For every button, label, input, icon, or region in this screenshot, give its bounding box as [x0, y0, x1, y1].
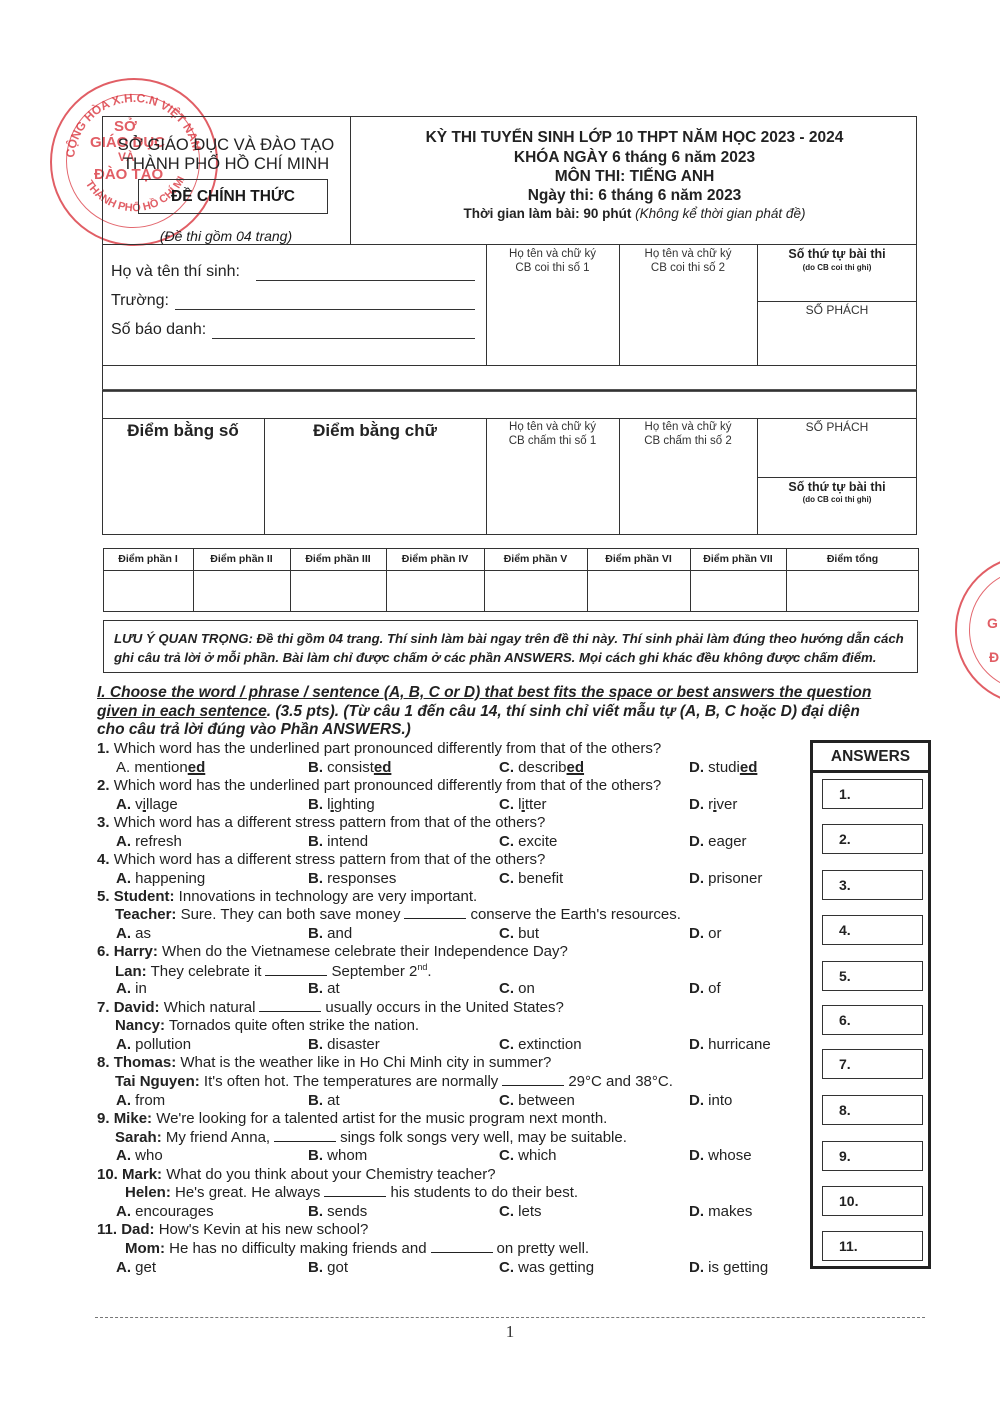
blank	[502, 1073, 564, 1086]
answer-box-4[interactable]: 4.	[822, 915, 923, 945]
section-1-title: I. Choose the word / phrase / sentence (…	[97, 684, 927, 740]
duration-note: (Không kể thời gian phát đề)	[635, 206, 805, 221]
option-9c: C. which	[499, 1147, 557, 1164]
score-number-label: Điểm bằng số	[102, 421, 264, 441]
option-11b: B. got	[308, 1259, 348, 1276]
answer-box-9[interactable]: 9.	[822, 1141, 923, 1171]
option-3d: D. eager	[689, 833, 747, 850]
option-6b: B. at	[308, 980, 340, 997]
option-9d: D. whose	[689, 1147, 752, 1164]
score-words-label: Điểm bằng chữ	[264, 421, 486, 441]
option-3c: C. excite	[499, 833, 557, 850]
footer-divider	[95, 1317, 925, 1318]
grading-box	[102, 390, 917, 535]
answer-box-8[interactable]: 8.	[822, 1095, 923, 1125]
proctor-1-label: Họ tên và chữ kýCB coi thi số 1	[486, 247, 619, 275]
exam-session: KHÓA NGÀY 6 tháng 6 năm 2023	[352, 149, 917, 167]
option-11a: A. get	[116, 1259, 156, 1276]
option-5c: C. but	[499, 925, 539, 942]
exam-title: KỲ THI TUYỂN SINH LỚP 10 THPT NĂM HỌC 20…	[352, 129, 917, 147]
question-5: 5. Student: Innovations in technology ar…	[97, 888, 477, 905]
cut-line-row	[102, 365, 917, 390]
question-7-reply: Nancy: Tornados quite often strike the n…	[115, 1017, 419, 1034]
answer-box-6[interactable]: 6.	[822, 1005, 923, 1035]
option-1c: C. described	[499, 759, 584, 776]
question-6: 6. Harry: When do the Vietnamese celebra…	[97, 943, 568, 960]
grading-order-label: Số thứ tự bài thi	[757, 480, 917, 494]
option-4c: C. benefit	[499, 870, 563, 887]
proctor-2-label: Họ tên và chữ kýCB coi thi số 2	[619, 247, 757, 275]
option-6a: A. in	[116, 980, 147, 997]
school-field[interactable]	[175, 309, 475, 310]
option-10b: B. sends	[308, 1203, 367, 1220]
option-6d: D. of	[689, 980, 721, 997]
question-10-reply: Helen: He's great. He alwayshis students…	[125, 1184, 578, 1201]
option-9b: B. whom	[308, 1147, 367, 1164]
school-label: Trường:	[111, 292, 169, 310]
secret-code-label: SỐ PHÁCH	[757, 303, 917, 317]
answer-box-5[interactable]: 5.	[822, 961, 923, 991]
candidate-id-label: Số báo danh:	[111, 321, 206, 339]
question-6-reply: Lan: They celebrate itSeptember 2nd.	[115, 962, 432, 980]
question-11: 11. Dad: How's Kevin at his new school?	[97, 1221, 368, 1238]
blank	[404, 906, 466, 919]
option-7c: C. extinction	[499, 1036, 582, 1053]
option-2c: C. litter	[499, 796, 547, 813]
answers-title: ANSWERS	[813, 743, 928, 773]
part-score-header: Điểm tổng	[786, 553, 919, 565]
divider	[757, 477, 917, 478]
option-4b: B. responses	[308, 870, 396, 887]
department-name: SỞ GIÁO DỤC VÀ ĐÀO TẠO	[102, 136, 350, 155]
option-3b: B. intend	[308, 833, 368, 850]
exam-subject: MÔN THI: TIẾNG ANH	[352, 168, 917, 186]
answer-box-1[interactable]: 1.	[822, 779, 923, 809]
answers-panel: ANSWERS 1. 2. 3. 4. 5. 6. 7. 8. 9. 10. 1…	[810, 740, 931, 1269]
question-8-reply: Tai Nguyen: It's often hot. The temperat…	[115, 1073, 673, 1090]
option-6c: C. on	[499, 980, 535, 997]
option-2b: B. lighting	[308, 796, 375, 813]
page-number: 1	[490, 1322, 530, 1342]
option-9a: A. who	[116, 1147, 163, 1164]
option-3a: A. refresh	[116, 833, 182, 850]
answer-box-7[interactable]: 7.	[822, 1049, 923, 1079]
duration-label: Thời gian làm bài: 90 phút	[464, 206, 632, 221]
exam-duration: Thời gian làm bài: 90 phút (Không kể thờ…	[352, 206, 917, 221]
answer-box-2[interactable]: 2.	[822, 824, 923, 854]
question-10: 10. Mark: What do you think about your C…	[97, 1166, 496, 1183]
answer-box-3[interactable]: 3.	[822, 870, 923, 900]
part-score-header: Điểm phần I	[103, 553, 193, 565]
option-11d: D. is getting	[689, 1259, 768, 1276]
question-1: 1. Which word has the underlined part pr…	[97, 740, 661, 757]
option-1a: A. mentioned	[116, 759, 205, 776]
part-score-header: Điểm phần VI	[587, 553, 690, 565]
part-score-header: Điểm phần VII	[690, 553, 786, 565]
option-1d: D. studied	[689, 759, 757, 776]
candidate-name-field[interactable]	[256, 280, 475, 281]
option-7b: B. disaster	[308, 1036, 380, 1053]
pages-note: (Đề thi gồm 04 trang)	[102, 228, 350, 244]
stamp-partial-right: G Đ	[955, 555, 1000, 705]
answer-box-11[interactable]: 11.	[822, 1231, 923, 1261]
grader-1-label: Họ tên và chữ kýCB chấm thi số 1	[486, 420, 619, 448]
question-2: 2. Which word has the underlined part pr…	[97, 777, 661, 794]
blank	[431, 1240, 493, 1253]
question-5-reply: Teacher: Sure. They can both save moneyc…	[115, 906, 681, 923]
option-1b: B. consisted	[308, 759, 391, 776]
question-7: 7. David: Which naturalusually occurs in…	[97, 999, 564, 1016]
option-5a: A. as	[116, 925, 151, 942]
candidate-name-label: Họ và tên thí sinh:	[111, 263, 240, 281]
part-score-header: Điểm phần III	[290, 553, 386, 565]
answer-box-10[interactable]: 10.	[822, 1186, 923, 1216]
option-4d: D. prisoner	[689, 870, 762, 887]
blank	[274, 1129, 336, 1142]
option-8b: B. at	[308, 1092, 340, 1109]
option-8d: D. into	[689, 1092, 732, 1109]
blank	[324, 1184, 386, 1197]
part-score-header: Điểm phần IV	[386, 553, 484, 565]
question-3: 3. Which word has a different stress pat…	[97, 814, 545, 831]
option-10c: C. lets	[499, 1203, 542, 1220]
exam-order-label: Số thứ tự bài thi	[757, 247, 917, 261]
candidate-id-field[interactable]	[212, 338, 475, 339]
divider	[103, 570, 919, 571]
option-5b: B. and	[308, 925, 352, 942]
option-8c: C. between	[499, 1092, 575, 1109]
city-name: THÀNH PHỐ HỒ CHÍ MINH	[102, 155, 350, 174]
question-9: 9. Mike: We're looking for a talented ar…	[97, 1110, 607, 1127]
option-7a: A. pollution	[116, 1036, 191, 1053]
question-4: 4. Which word has a different stress pat…	[97, 851, 545, 868]
grading-secret-code-label: SỐ PHÁCH	[757, 420, 917, 434]
option-10d: D. makes	[689, 1203, 752, 1220]
option-11c: C. was getting	[499, 1259, 594, 1276]
grader-2-label: Họ tên và chữ kýCB chấm thi số 2	[619, 420, 757, 448]
part-score-header: Điểm phần V	[484, 553, 587, 565]
option-10a: A. encourages	[116, 1203, 214, 1220]
exam-order-note: (do CB coi thi ghi)	[757, 263, 917, 272]
important-note: LƯU Ý QUAN TRỌNG: Đề thi gồm 04 trang. T…	[103, 620, 918, 673]
option-7d: D. hurricane	[689, 1036, 771, 1053]
question-9-reply: Sarah: My friend Anna,sings folk songs v…	[115, 1129, 627, 1146]
part-score-header: Điểm phần II	[193, 553, 290, 565]
option-8a: A. from	[116, 1092, 165, 1109]
exam-date: Ngày thi: 6 tháng 6 năm 2023	[352, 187, 917, 205]
question-8: 8. Thomas: What is the weather like in H…	[97, 1054, 551, 1071]
official-label: ĐỀ CHÍNH THỨC	[138, 179, 328, 214]
blank	[259, 999, 321, 1012]
grading-order-note: (do CB coi thi ghi)	[757, 495, 917, 504]
option-2a: A. village	[116, 796, 178, 813]
option-2d: D. river	[689, 796, 737, 813]
question-11-reply: Mom: He has no difficulty making friends…	[125, 1240, 589, 1257]
blank	[265, 963, 327, 976]
option-4a: A. happening	[116, 870, 205, 887]
option-5d: D. or	[689, 925, 722, 942]
